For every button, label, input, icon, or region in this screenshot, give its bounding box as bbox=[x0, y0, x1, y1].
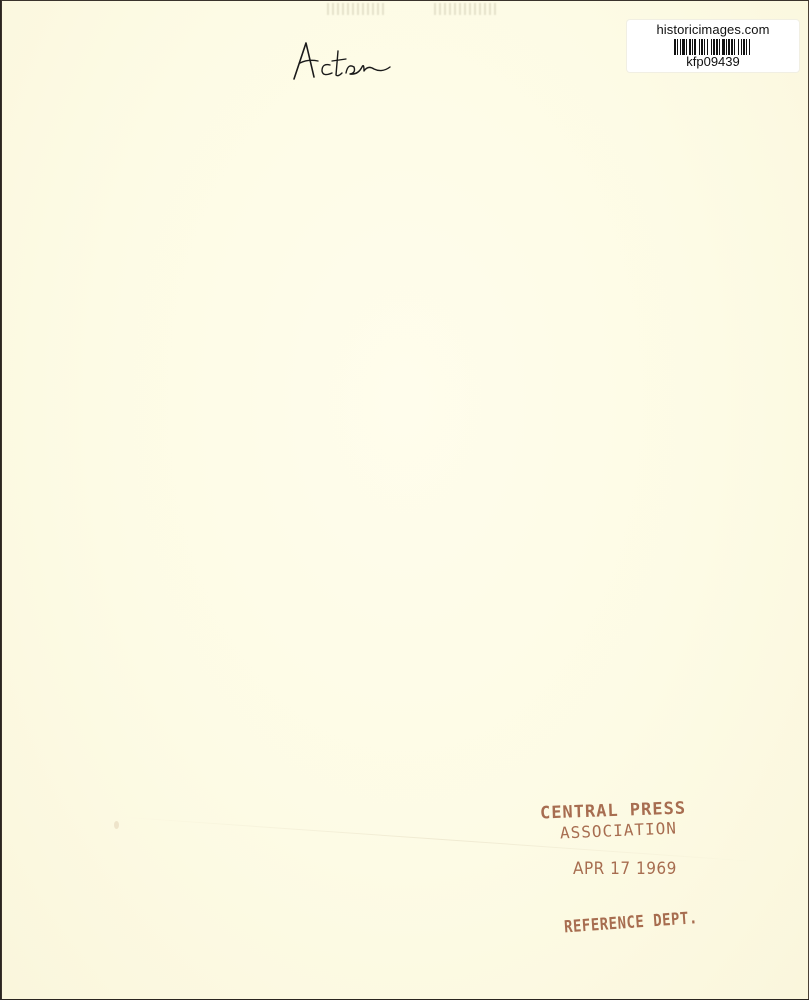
barcode-site-text: historicimages.com bbox=[627, 23, 799, 37]
barcode-label: historicimages.com kfp09439 bbox=[627, 20, 799, 72]
handwriting-actor-icon bbox=[292, 37, 392, 85]
barcode-id-text: kfp09439 bbox=[627, 55, 799, 69]
paper-speck bbox=[114, 821, 119, 829]
faded-print-mark bbox=[327, 3, 385, 15]
stamp-date: APR 17 1969 bbox=[573, 859, 677, 879]
handwritten-note: Actor bbox=[292, 37, 392, 85]
stamp-association: ASSOCIATION bbox=[560, 818, 678, 842]
barcode-icon bbox=[643, 39, 783, 55]
stamp-reference-dept: REFERENCE DEPT. bbox=[563, 909, 698, 937]
handwritten-text: Actor bbox=[392, 37, 393, 38]
photo-back-page: Actor historicimages.com kfp09439 CENTRA… bbox=[1, 0, 809, 999]
faded-print-mark bbox=[434, 3, 496, 15]
